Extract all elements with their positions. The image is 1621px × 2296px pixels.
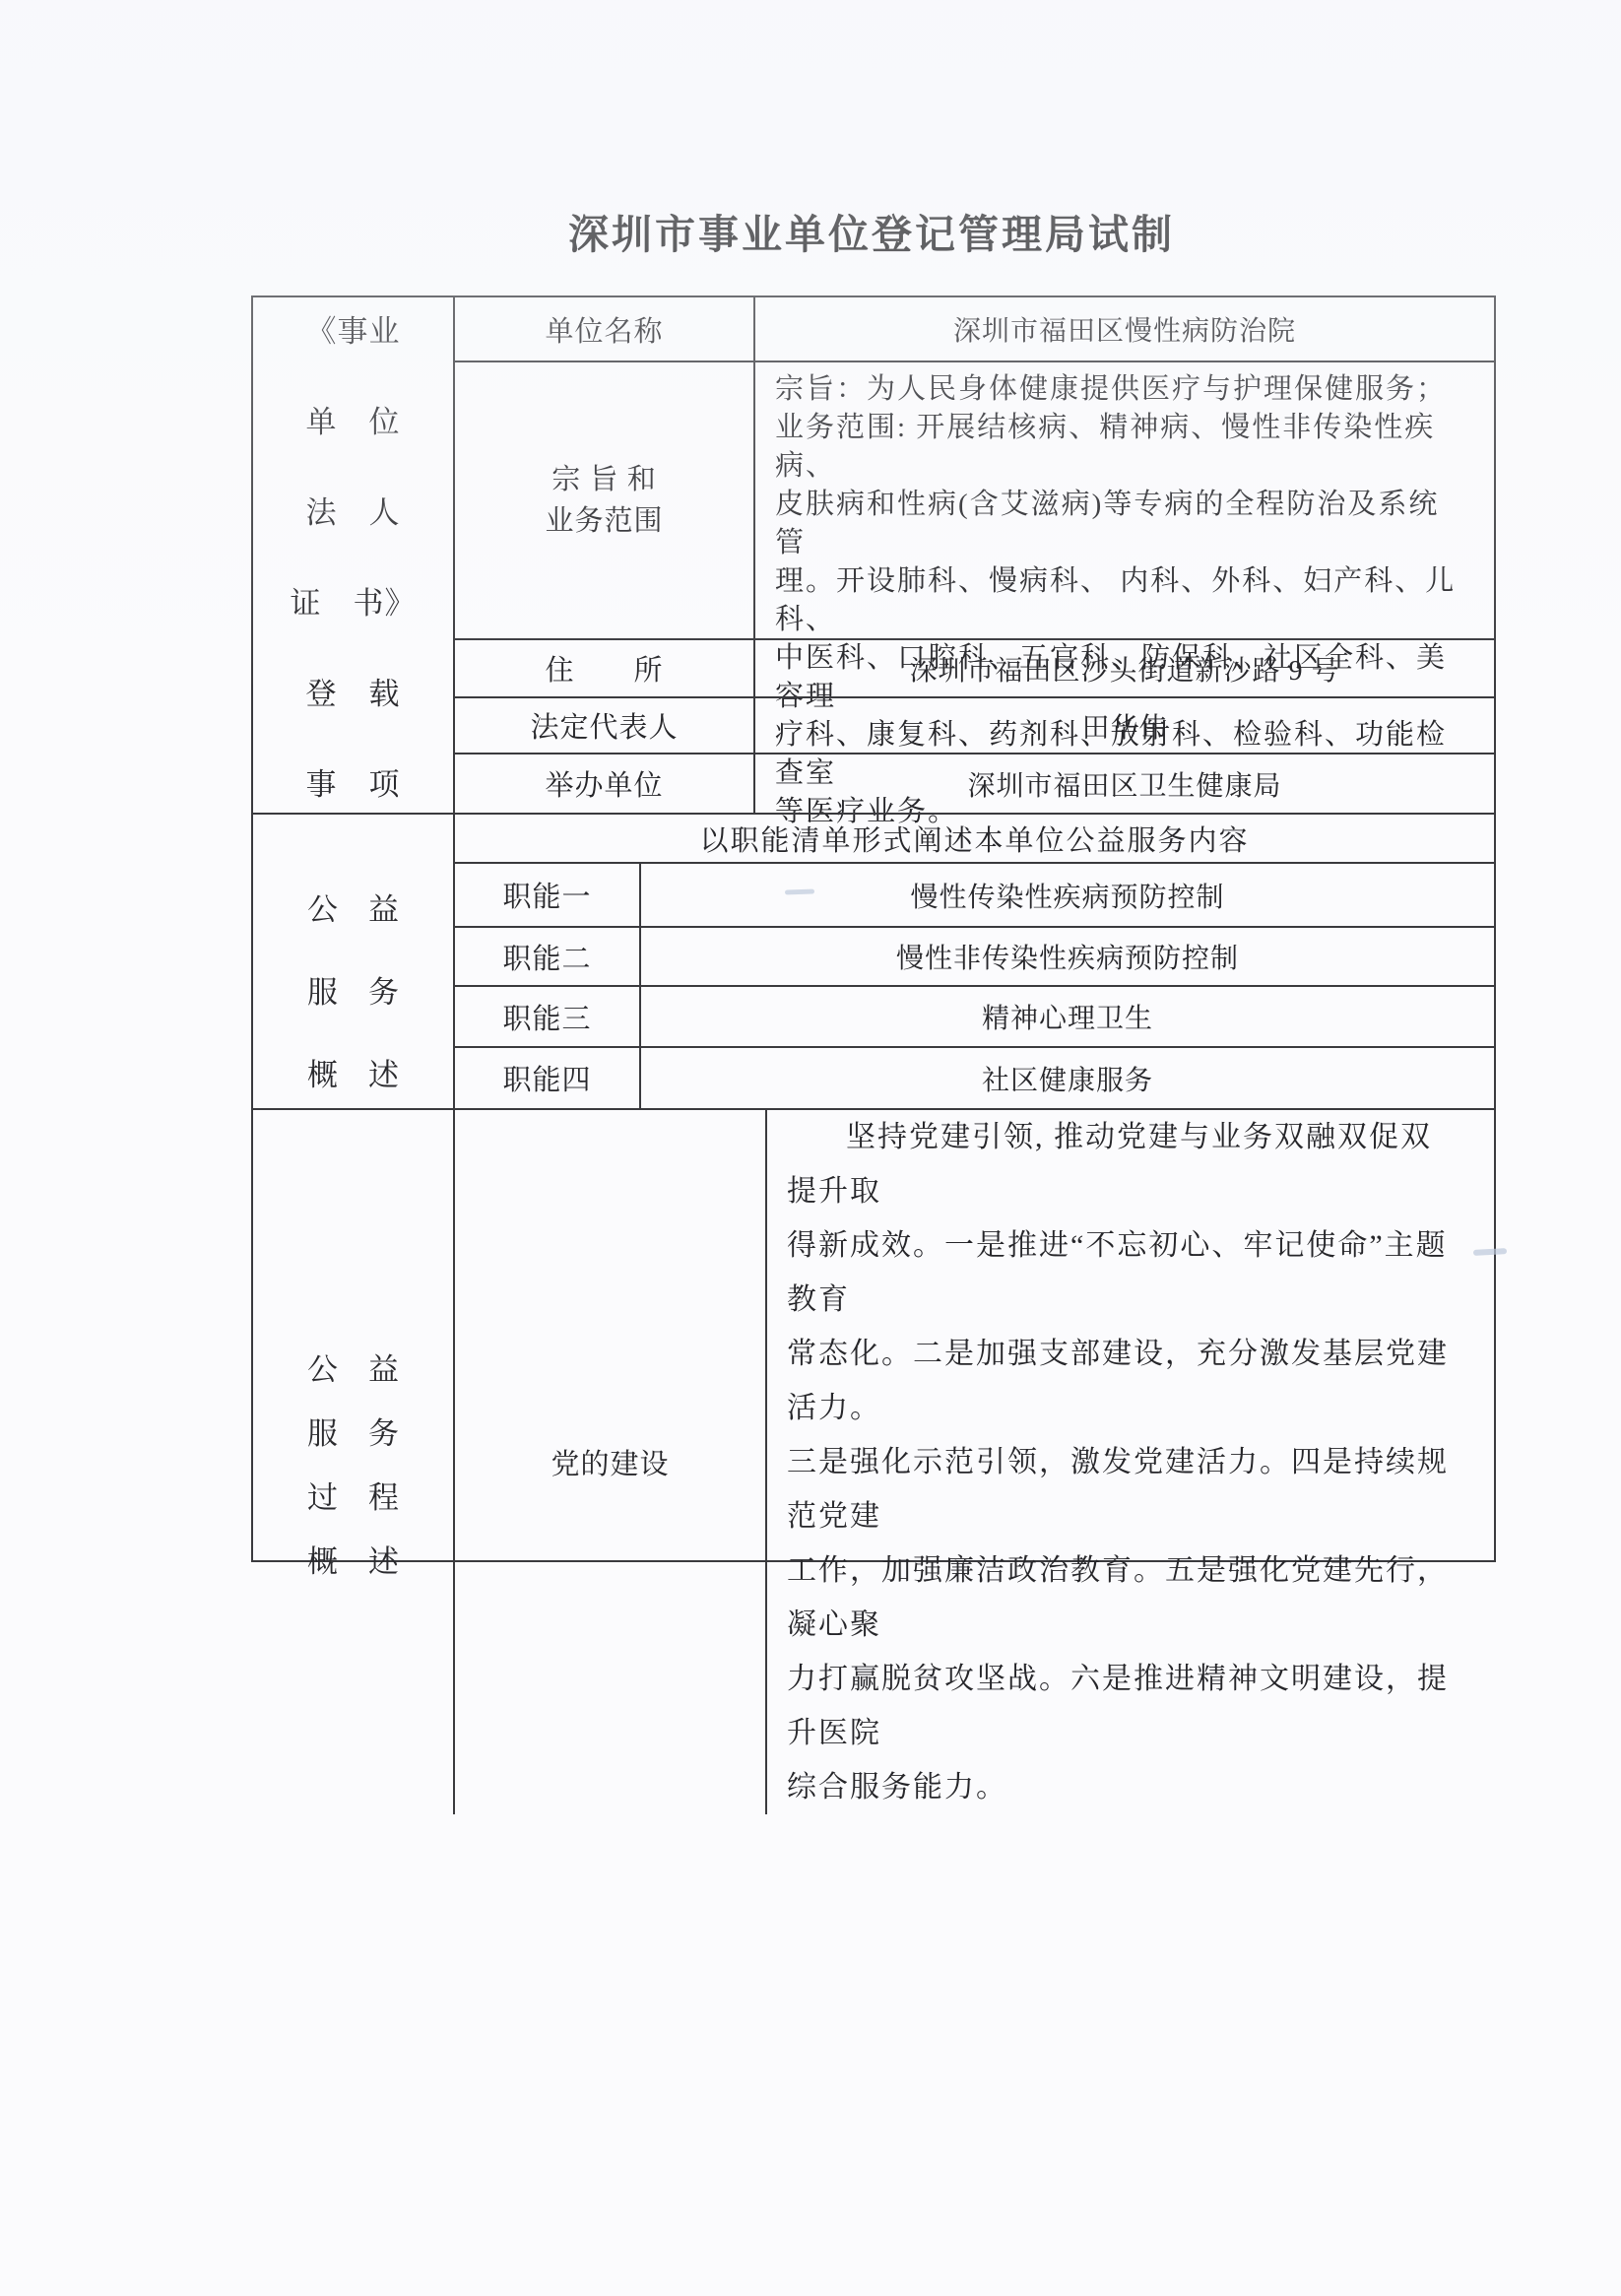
- function-3-label: 职能三: [453, 985, 639, 1046]
- side-label-line: 事 项: [306, 759, 401, 804]
- side-label-line: 公 益: [307, 1345, 399, 1389]
- section-service-process-overview: 公 益 服 务 过 程 概 述 党的建设 坚持党建引领, 推动党建与业务双融双促…: [253, 1108, 1494, 1560]
- function-3-value: 精神心理卫生: [639, 985, 1494, 1046]
- purpose-line: 业务范围: 开展结核病、精神病、慢性非传染性疾病、: [775, 409, 1468, 486]
- address-label: 住 所: [453, 638, 753, 696]
- section-public-service-overview: 公 益 服 务 概 述 以职能清单形式阐述本单位公益服务内容 职能一 慢性传染性…: [253, 813, 1494, 1108]
- side-label-line: 《事业: [306, 306, 401, 351]
- organizer-label: 举办单位: [453, 753, 753, 813]
- para-line: 力打赢脱贫攻坚战。六是推进精神文明建设，提升医院: [787, 1652, 1457, 1760]
- function-4-label: 职能四: [453, 1046, 639, 1108]
- side-label-line: 服 务: [307, 967, 399, 1012]
- para-line: 常态化。二是加强支部建设，充分激发基层党建活力。: [787, 1327, 1457, 1435]
- side-label-line: 概 述: [307, 1537, 399, 1581]
- registration-table: 《事业 单 位 法 人 证 书》 登 载 事 项 单位名称 深圳市福田区慢性病防…: [251, 295, 1496, 1562]
- side-label-line: 公 益: [307, 885, 399, 929]
- process-side-label: 公 益 服 务 过 程 概 述: [253, 1110, 453, 1814]
- public-service-side-label: 公 益 服 务 概 述: [253, 815, 453, 1108]
- party-building-label: 党的建设: [453, 1110, 765, 1814]
- purpose-scope-text: 宗旨：为人民身体健康提供医疗与护理保健服务； 业务范围: 开展结核病、精神病、慢…: [753, 361, 1494, 638]
- certificate-side-label: 《事业 单 位 法 人 证 书》 登 载 事 项: [253, 297, 453, 813]
- function-2-label: 职能二: [453, 926, 639, 985]
- function-list-header: 以职能清单形式阐述本单位公益服务内容: [453, 815, 1494, 862]
- function-2-value: 慢性非传染性疾病预防控制: [639, 926, 1494, 985]
- side-label-line: 过 程: [307, 1473, 399, 1517]
- side-label-line: 证 书》: [291, 578, 417, 623]
- purpose-label-line: 宗 旨 和: [551, 462, 657, 497]
- para-line: 坚持党建引领, 推动党建与业务双融双促双提升取: [787, 1110, 1457, 1218]
- purpose-line: 宗旨：为人民身体健康提供医疗与护理保健服务；: [775, 370, 1447, 409]
- side-label-line: 法 人: [306, 488, 401, 532]
- document-title: 深圳市事业单位登记管理局试制: [251, 202, 1492, 260]
- section-certificate-items: 《事业 单 位 法 人 证 书》 登 载 事 项 单位名称 深圳市福田区慢性病防…: [253, 297, 1494, 813]
- legal-rep-label: 法定代表人: [453, 696, 753, 753]
- unit-name-value: 深圳市福田区慢性病防治院: [753, 297, 1494, 361]
- para-line: 三是强化示范引领，激发党建活力。四是持续规范党建: [787, 1435, 1457, 1543]
- address-value: 深圳市福田区沙头街道新沙路 9 号: [753, 638, 1494, 696]
- para-line: 得新成效。一是推进“不忘初心、牢记使命”主题教育: [787, 1218, 1457, 1327]
- legal-rep-value: 田华伟: [753, 696, 1494, 753]
- page: 深圳市事业单位登记管理局试制 《事业 单 位 法 人 证 书》 登 载 事 项 …: [0, 0, 1621, 2296]
- function-4-value: 社区健康服务: [639, 1046, 1494, 1108]
- side-label-line: 服 务: [307, 1409, 399, 1453]
- side-label-line: 单 位: [306, 397, 401, 441]
- purpose-line: 皮肤病和性病(含艾滋病)等专病的全程防治及系统管: [775, 486, 1468, 562]
- purpose-line: 理。开设肺科、慢病科、 内科、外科、妇产科、儿科、: [775, 562, 1468, 639]
- side-label-line: 登 载: [306, 669, 401, 713]
- party-building-text: 坚持党建引领, 推动党建与业务双融双促双提升取 得新成效。一是推进“不忘初心、牢…: [765, 1110, 1494, 1814]
- organizer-value: 深圳市福田区卫生健康局: [753, 753, 1494, 813]
- para-line: 综合服务能力。: [787, 1760, 1007, 1814]
- purpose-label-line: 业务范围: [545, 503, 663, 539]
- purpose-scope-label: 宗 旨 和 业务范围: [453, 361, 753, 638]
- side-label-line: 概 述: [307, 1050, 399, 1094]
- para-line: 工作，加强廉洁政治教育。五是强化党建先行，凝心聚: [787, 1543, 1457, 1652]
- function-1-value: 慢性传染性疾病预防控制: [639, 862, 1494, 926]
- function-1-label: 职能一: [453, 862, 639, 926]
- unit-name-label: 单位名称: [453, 297, 753, 361]
